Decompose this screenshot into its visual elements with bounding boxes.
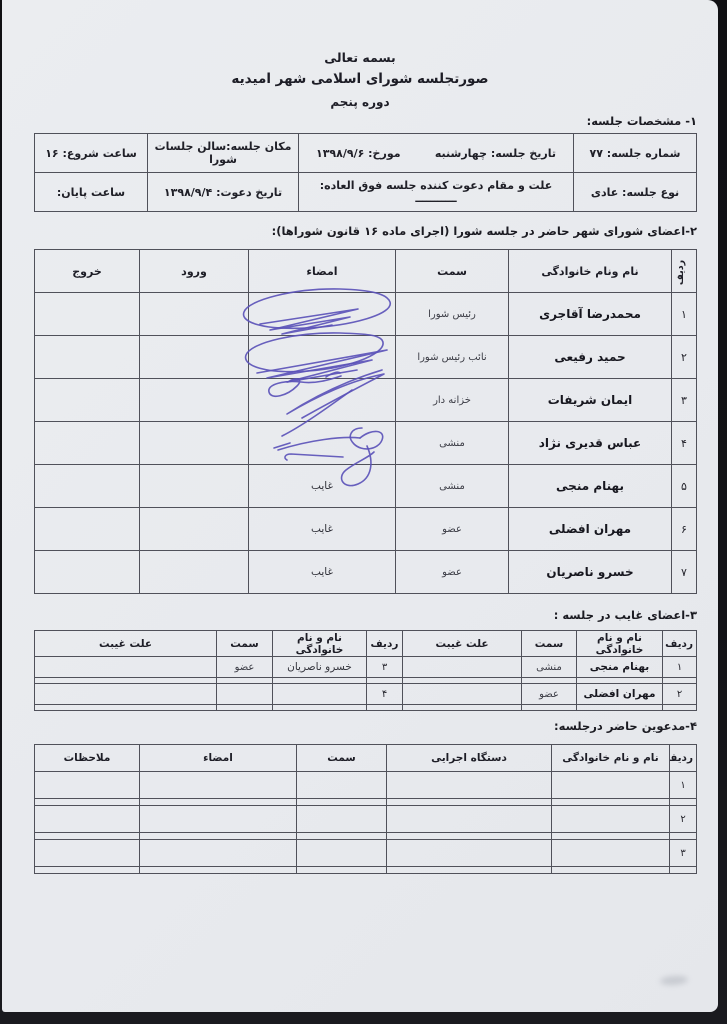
spacer-row xyxy=(35,867,697,874)
empty-cell xyxy=(522,705,577,711)
member-row: ۳ ایمان شریفات خزانه دار xyxy=(35,379,697,422)
meeting-info-table: شماره جلسه: ۷۷ تاریخ جلسه: چهارشنبه مورخ… xyxy=(34,133,697,212)
empty-cell xyxy=(140,799,297,806)
member-exit-cell xyxy=(35,508,140,551)
member-signature-cell xyxy=(249,379,396,422)
empty-cell xyxy=(670,799,697,806)
invitee-signature-cell xyxy=(140,840,297,867)
col-signature: امضاء xyxy=(140,745,297,772)
member-signature-cell xyxy=(249,293,396,336)
col-agency: دستگاه اجرایی xyxy=(387,745,552,772)
member-position: عضو xyxy=(396,551,509,594)
end-time-cell: ساعت پایان: xyxy=(35,173,148,212)
member-row: ۶ مهران افضلی عضو غایب xyxy=(35,508,697,551)
empty-cell xyxy=(670,867,697,874)
absent-name: بهنام منجی xyxy=(577,657,663,678)
member-entry-cell xyxy=(140,422,249,465)
member-name: ایمان شریفات xyxy=(509,379,672,422)
empty-cell xyxy=(552,833,670,840)
empty-cell xyxy=(552,867,670,874)
extraordinary-reason-label: علت و مقام دعوت کننده جلسه فوق العاده: xyxy=(320,179,553,192)
empty-cell xyxy=(297,867,387,874)
invite-date-cell: تاریخ دعوت: ۱۳۹۸/۹/۴ xyxy=(148,173,299,212)
invitee-rank: ۱ xyxy=(670,772,697,799)
empty-cell xyxy=(297,799,387,806)
member-rank: ۴ xyxy=(672,422,697,465)
invitees-header-row: ردیف نام و نام خانوادگی دستگاه اجرایی سم… xyxy=(35,745,697,772)
col-row-no: ردیف xyxy=(663,631,697,657)
invitee-name-cell xyxy=(552,772,670,799)
invitee-row: ۳ xyxy=(35,840,697,867)
absent-name: مهران افضلی xyxy=(577,684,663,705)
member-rank: ۵ xyxy=(672,465,697,508)
empty-cell xyxy=(577,705,663,711)
member-row: ۲ حمید رفیعی نائب رئیس شورا xyxy=(35,336,697,379)
absent-rank: ۳ xyxy=(367,657,403,678)
invitee-rank: ۲ xyxy=(670,806,697,833)
scanned-document-page: بسمه تعالی صورتجلسه شورای اسلامی شهر امی… xyxy=(2,0,718,1012)
present-members-table: ردیف نام ونام خانوادگی سمت امضاء ورود خر… xyxy=(34,249,697,594)
empty-cell xyxy=(35,705,217,711)
empty-cell xyxy=(140,833,297,840)
document-title: صورتجلسه شورای اسلامی شهر امیدیه xyxy=(2,71,718,87)
member-position: منشی xyxy=(396,422,509,465)
member-exit-cell xyxy=(35,422,140,465)
extraordinary-reason-blank: ـــــــــــ xyxy=(415,192,456,205)
member-entry-cell xyxy=(140,336,249,379)
member-position: رئیس شورا xyxy=(396,293,509,336)
member-exit-cell xyxy=(35,293,140,336)
col-name: نام و نام خانوادگی xyxy=(552,745,670,772)
invitee-agency-cell xyxy=(387,840,552,867)
bismillah-line: بسمه تعالی xyxy=(2,50,718,65)
session-location-cell: مکان جلسه:سالن جلسات شورا xyxy=(148,134,299,173)
invitee-agency-cell xyxy=(387,772,552,799)
section-4-heading: ۴-مدعوین حاضر درجلسه: xyxy=(554,719,697,733)
empty-cell xyxy=(217,705,273,711)
member-exit-cell xyxy=(35,465,140,508)
invitee-notes-cell xyxy=(35,840,140,867)
member-position: عضو xyxy=(396,508,509,551)
section-2-heading: ۲-اعضای شورای شهر حاضر در جلسه شورا (اجر… xyxy=(272,224,697,238)
session-type-cell: نوع جلسه: عادی xyxy=(574,173,697,212)
member-absent-label: غایب xyxy=(249,508,396,551)
member-row: ۷ خسرو ناصریان عضو غایب xyxy=(35,551,697,594)
empty-cell xyxy=(367,705,403,711)
member-entry-cell xyxy=(140,551,249,594)
col-position: سمت xyxy=(297,745,387,772)
absent-reason-cell xyxy=(35,657,217,678)
invitee-notes-cell xyxy=(35,806,140,833)
empty-cell xyxy=(670,833,697,840)
invitee-name-cell xyxy=(552,840,670,867)
member-rank: ۶ xyxy=(672,508,697,551)
member-rank: ۳ xyxy=(672,379,697,422)
col-reason: علت غیبت xyxy=(403,631,522,657)
invitee-name-cell xyxy=(552,806,670,833)
absent-position: منشی xyxy=(522,657,577,678)
member-rank: ۷ xyxy=(672,551,697,594)
scan-smudge xyxy=(660,975,689,986)
invitee-position-cell xyxy=(297,806,387,833)
member-row: ۱ محمدرضا آقاجری رئیس شورا xyxy=(35,293,697,336)
col-signature: امضاء xyxy=(249,250,396,293)
member-name: عباس قدیری نژاد xyxy=(509,422,672,465)
invitees-table: ردیف نام و نام خانوادگی دستگاه اجرایی سم… xyxy=(34,744,697,874)
col-name: نام و نام خانوادگی xyxy=(577,631,663,657)
empty-cell xyxy=(387,799,552,806)
member-signature-cell xyxy=(249,422,396,465)
member-position: نائب رئیس شورا xyxy=(396,336,509,379)
absent-row: ۱ بهنام منجی منشی ۳ خسرو ناصریان عضو xyxy=(35,657,697,678)
invitee-signature-cell xyxy=(140,806,297,833)
session-date-value: مورخ: ۱۳۹۸/۹/۶ xyxy=(316,147,401,160)
empty-cell xyxy=(35,833,140,840)
col-position: سمت xyxy=(217,631,273,657)
member-rank: ۱ xyxy=(672,293,697,336)
invitee-signature-cell xyxy=(140,772,297,799)
empty-cell xyxy=(552,799,670,806)
session-date-cell: تاریخ جلسه: چهارشنبه مورخ: ۱۳۹۸/۹/۶ xyxy=(299,134,574,173)
member-row: ۵ بهنام منجی منشی غایب xyxy=(35,465,697,508)
col-notes: ملاحظات xyxy=(35,745,140,772)
invitee-agency-cell xyxy=(387,806,552,833)
session-number-cell: شماره جلسه: ۷۷ xyxy=(574,134,697,173)
spacer-row xyxy=(35,705,697,711)
present-members-header-row: ردیف نام ونام خانوادگی سمت امضاء ورود خر… xyxy=(35,250,697,293)
empty-cell xyxy=(297,833,387,840)
empty-cell xyxy=(140,867,297,874)
empty-cell xyxy=(35,867,140,874)
invitee-position-cell xyxy=(297,772,387,799)
absent-reason-cell xyxy=(35,684,217,705)
member-row: ۴ عباس قدیری نژاد منشی xyxy=(35,422,697,465)
member-entry-cell xyxy=(140,508,249,551)
invitee-rank: ۳ xyxy=(670,840,697,867)
member-absent-label: غایب xyxy=(249,551,396,594)
member-exit-cell xyxy=(35,336,140,379)
document-header: بسمه تعالی صورتجلسه شورای اسلامی شهر امی… xyxy=(2,50,718,109)
empty-cell xyxy=(273,705,367,711)
absent-rank: ۲ xyxy=(663,684,697,705)
invitee-position-cell xyxy=(297,840,387,867)
invitee-row: ۱ xyxy=(35,772,697,799)
col-row-no: ردیف xyxy=(367,631,403,657)
meeting-info-row-2: نوع جلسه: عادی علت و مقام دعوت کننده جلس… xyxy=(35,173,697,212)
member-name: خسرو ناصریان xyxy=(509,551,672,594)
absent-members-header-row: ردیف نام و نام خانوادگی سمت علت غیبت ردی… xyxy=(35,631,697,657)
member-rank: ۲ xyxy=(672,336,697,379)
empty-cell xyxy=(387,833,552,840)
col-position: سمت xyxy=(396,250,509,293)
member-signature-cell xyxy=(249,336,396,379)
member-exit-cell xyxy=(35,379,140,422)
invitee-notes-cell xyxy=(35,772,140,799)
member-entry-cell xyxy=(140,379,249,422)
member-exit-cell xyxy=(35,551,140,594)
member-name: محمدرضا آقاجری xyxy=(509,293,672,336)
empty-cell xyxy=(35,799,140,806)
absent-members-table: ردیف نام و نام خانوادگی سمت علت غیبت ردی… xyxy=(34,630,697,711)
absent-position: عضو xyxy=(522,684,577,705)
absent-reason-cell xyxy=(403,684,522,705)
section-3-heading: ۳-اعضای غایب در جلسه : xyxy=(554,608,697,622)
member-name: مهران افضلی xyxy=(509,508,672,551)
col-entry: ورود xyxy=(140,250,249,293)
member-name: حمید رفیعی xyxy=(509,336,672,379)
col-exit: خروج xyxy=(35,250,140,293)
col-name: نام ونام خانوادگی xyxy=(509,250,672,293)
absent-position xyxy=(217,684,273,705)
col-row-no: ردیف xyxy=(672,250,697,293)
member-position: منشی xyxy=(396,465,509,508)
col-position: سمت xyxy=(522,631,577,657)
invitee-row: ۲ xyxy=(35,806,697,833)
session-date-label: تاریخ جلسه: چهارشنبه xyxy=(435,147,556,160)
spacer-row xyxy=(35,833,697,840)
section-1-heading: ۱- مشخصات جلسه: xyxy=(587,114,697,128)
meeting-info-row-1: شماره جلسه: ۷۷ تاریخ جلسه: چهارشنبه مورخ… xyxy=(35,134,697,173)
absent-name: خسرو ناصریان xyxy=(273,657,367,678)
start-time-cell: ساعت شروع: ۱۶ xyxy=(35,134,148,173)
absent-name xyxy=(273,684,367,705)
spacer-row xyxy=(35,799,697,806)
absent-rank: ۴ xyxy=(367,684,403,705)
empty-cell xyxy=(387,867,552,874)
absent-rank: ۱ xyxy=(663,657,697,678)
col-reason: علت غیبت xyxy=(35,631,217,657)
member-position: خزانه دار xyxy=(396,379,509,422)
col-name: نام و نام خانوادگی xyxy=(273,631,367,657)
absent-position: عضو xyxy=(217,657,273,678)
member-name: بهنام منجی xyxy=(509,465,672,508)
document-period: دوره پنجم xyxy=(2,95,718,109)
empty-cell xyxy=(663,705,697,711)
member-entry-cell xyxy=(140,293,249,336)
absent-row: ۲ مهران افضلی عضو ۴ xyxy=(35,684,697,705)
col-row-no: ردیف xyxy=(670,745,697,772)
absent-reason-cell xyxy=(403,657,522,678)
member-entry-cell xyxy=(140,465,249,508)
member-absent-label: غایب xyxy=(249,465,396,508)
extraordinary-reason-cell: علت و مقام دعوت کننده جلسه فوق العاده: ـ… xyxy=(299,173,574,212)
empty-cell xyxy=(403,705,522,711)
